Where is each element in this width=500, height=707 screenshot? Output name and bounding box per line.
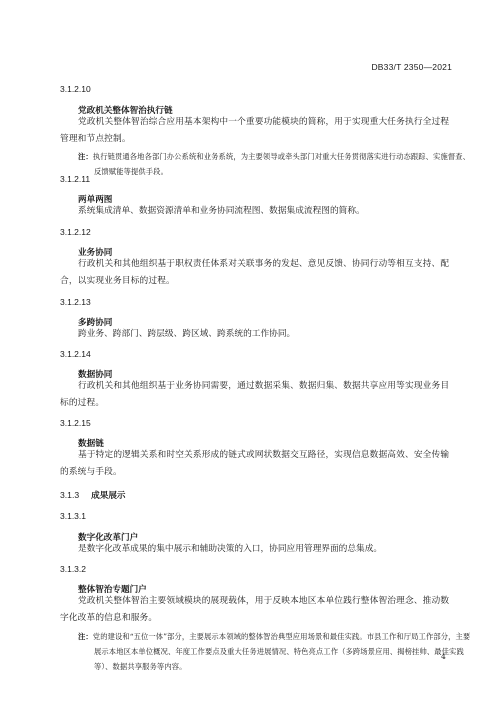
term-definition: 系统集成清单、数据资源清单和业务协同流程图、数据集成流程图的简称。	[78, 203, 458, 220]
term-definition: 跨业务、跨部门、跨层级、跨区域、跨系统的工作协同。	[78, 326, 458, 343]
clause-number: 3.1.2.14	[60, 349, 91, 359]
note-label: 注：	[78, 152, 93, 161]
term-definition: 党政机关整体智治主要领域模块的展现载体，用于反映本地区本单位践行整体智治理念、推…	[60, 593, 450, 626]
section-heading: 3.1.3成果展示	[60, 489, 126, 501]
clause-number: 3.1.2.15	[60, 418, 91, 428]
section-title: 成果展示	[91, 491, 125, 501]
clause-number: 3.1.2.13	[60, 297, 91, 307]
clause-number: 3.1.3.1	[60, 511, 86, 521]
clause-number: 3.1.2.11	[60, 174, 90, 184]
clause-number: 3.1.2.12	[60, 227, 91, 237]
note-text: 党的建设和“五位一体”部分，主要展示本领域的整体智治典型应用场景和最佳实践。市县…	[93, 632, 471, 671]
note-label: 注：	[78, 632, 93, 641]
document-page: DB33/T 2350—2021 3.1.2.10 党政机关整体智治执行链 党政…	[0, 0, 500, 707]
clause-number: 3.1.3.2	[60, 564, 86, 574]
section-number: 3.1.3	[60, 490, 79, 500]
term-definition: 党政机关整体智治综合应用基本架构中一个重要功能模块的简称，用于实现重大任务执行全…	[60, 114, 450, 147]
term-note: 注：执行链贯通各地各部门办公系统和业务系统，为主要领导或牵头部门对重大任务贯彻落…	[78, 149, 472, 179]
note-text: 执行链贯通各地各部门办公系统和业务系统，为主要领导或牵头部门对重大任务贯彻落实进…	[93, 152, 470, 176]
clause-number: 3.1.2.10	[60, 84, 91, 94]
term-definition: 行政机关和其他组织基于业务协同需要，通过数据采集、数据归集、数据共享应用等实现业…	[60, 378, 450, 411]
term-definition: 是数字化改革成果的集中展示和辅助决策的入口，协同应用管理界面的总集成。	[78, 541, 458, 558]
page-number: 4	[441, 652, 446, 661]
term-definition: 基于特定的逻辑关系和时空关系形成的链式或网状数据交互路径，实现信息数据高效、安全…	[60, 447, 450, 480]
term-note: 注：党的建设和“五位一体”部分，主要展示本领域的整体智治典型应用场景和最佳实践。…	[78, 629, 472, 674]
term-definition: 行政机关和其他组织基于职权责任体系对关联事务的发起、意见反馈、协同行动等相互支持…	[60, 256, 450, 289]
standard-code: DB33/T 2350—2021	[371, 62, 452, 72]
